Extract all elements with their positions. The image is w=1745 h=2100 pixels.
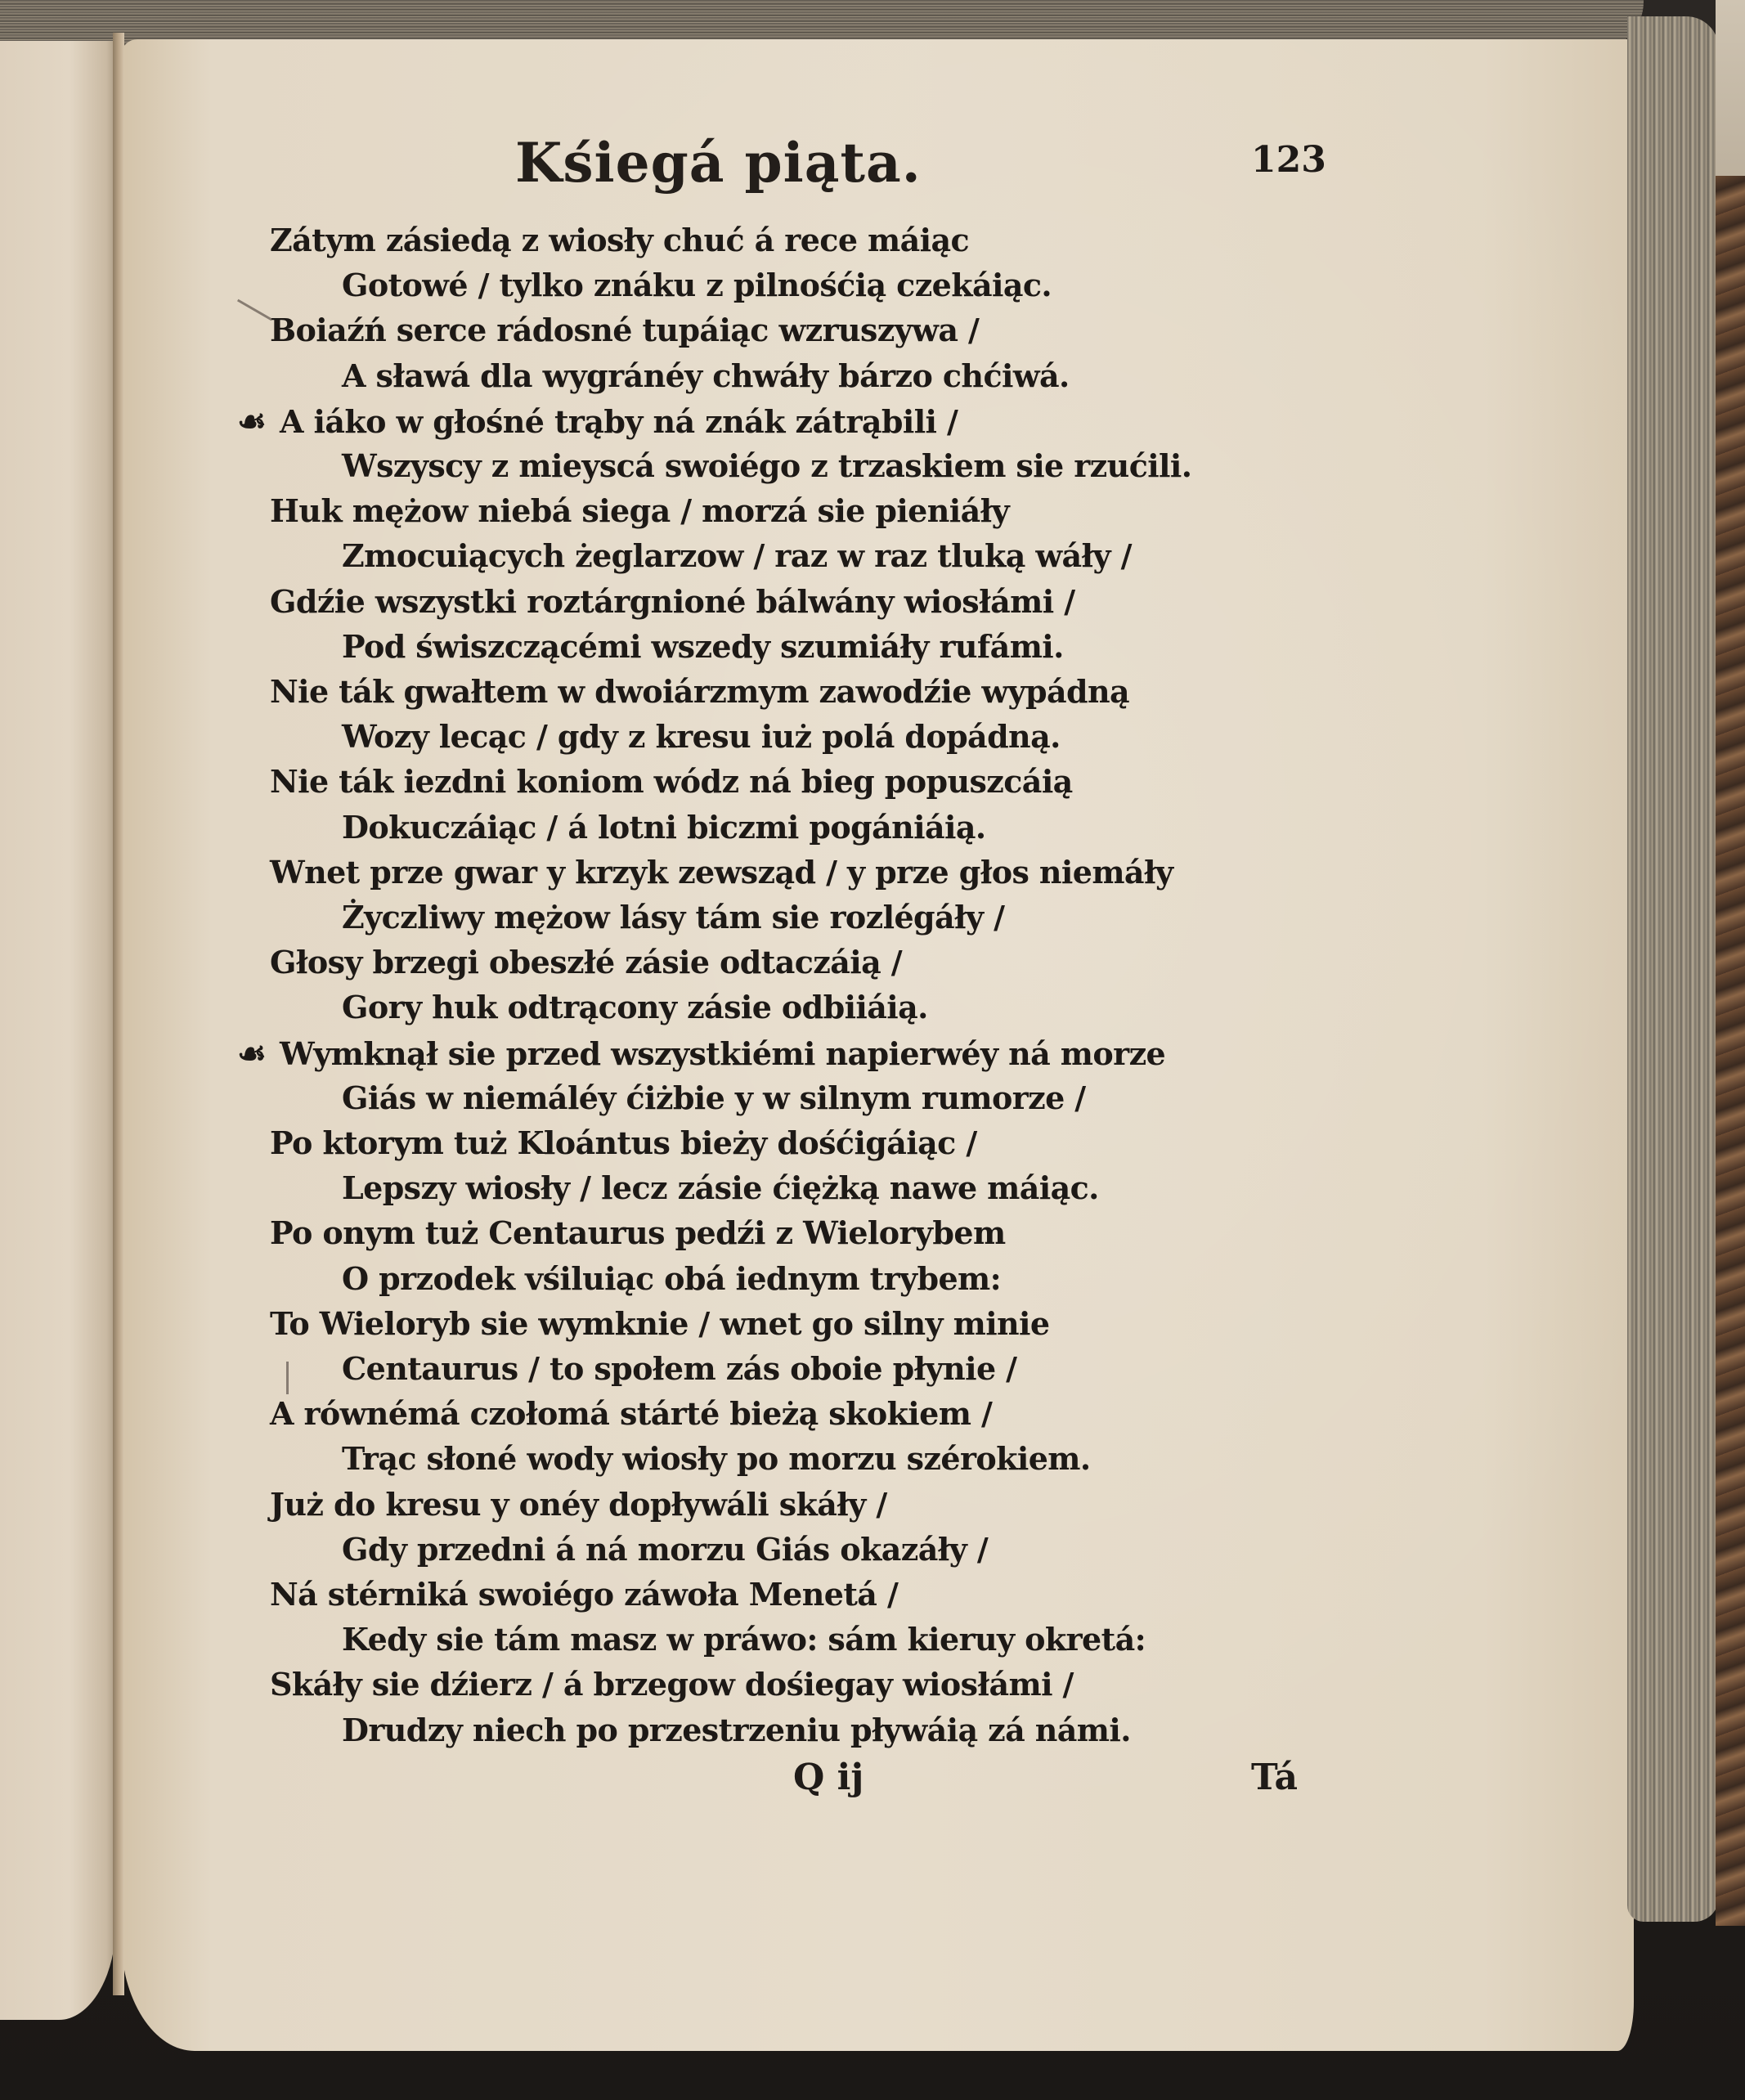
verse-text: Wymknął sie przed wszystkiémi napierwéy …	[280, 1035, 1165, 1072]
verse-text: Huk mężow niebá siega / morzá sie pieniá…	[270, 492, 1009, 529]
verse-text: Zmocuiących żeglarzow / raz w raz tluką …	[342, 537, 1132, 574]
verse-text: O przodek vśiluiąc obá iednym trybem:	[342, 1260, 1001, 1297]
verse-line: Życzliwy mężow lásy tám sie rozlégáły /	[270, 902, 1004, 933]
verse-line: Drudzy niech po przestrzeniu pływáią zá …	[270, 1715, 1131, 1746]
verse-text: Wozy lecąc / gdy z kresu iuż polá dopádn…	[342, 718, 1061, 755]
verse-text: Dokuczáiąc / á lotni biczmi pogániáią.	[342, 809, 985, 846]
verse-text: Gory huk odtrącony zásie odbiiáią.	[342, 989, 928, 1025]
verse-line: Zátym zásiedą z wiosły chuć á rece máiąc	[270, 225, 969, 256]
verse-text: Lepszy wiosły / lecz zásie ćiężką nawe m…	[342, 1169, 1099, 1206]
verse-line: ☙Wymknął sie przed wszystkiémi napierwéy…	[237, 1038, 1165, 1070]
background-surface	[1716, 0, 1745, 176]
verse-text: Życzliwy mężow lásy tám sie rozlégáły /	[342, 899, 1004, 936]
verse-line: Gdźie wszystki roztárgnioné bálwány wios…	[270, 586, 1074, 617]
verse-text: Głosy brzegi obeszłé zásie odtaczáią /	[270, 944, 902, 980]
verse-text: Wszyscy z mieyscá swoiégo z trzaskiem si…	[342, 447, 1191, 484]
verse-text: Skáły sie dźierz / á brzegow dośiegay wi…	[270, 1666, 1074, 1703]
verse-line: Gotowé / tylko znáku z pilnośćią czekáią…	[270, 270, 1052, 301]
verse-text: A sławá dla wygránéy chwáły bárzo chćiwá…	[342, 357, 1070, 394]
margin-stroke	[286, 1362, 289, 1394]
verse-line: Zmocuiących żeglarzow / raz w raz tluką …	[270, 541, 1132, 572]
left-page	[0, 41, 116, 2020]
pilcrow-icon: ☙	[237, 1038, 280, 1070]
verse-text: Drudzy niech po przestrzeniu pływáią zá …	[342, 1712, 1131, 1748]
verse-text: Wnet prze gwar y krzyk zewsząd / y prze …	[270, 854, 1173, 891]
marbled-cover	[1716, 176, 1745, 1926]
verse-line: Huk mężow niebá siega / morzá sie pieniá…	[270, 496, 1009, 527]
verse-line: Gory huk odtrącony zásie odbiiáią.	[270, 992, 928, 1023]
catchword: Tá	[1251, 1757, 1298, 1798]
verse-line: Głosy brzegi obeszłé zásie odtaczáią /	[270, 947, 902, 978]
book-gutter	[113, 33, 124, 1995]
pilcrow-icon: ☙	[237, 406, 280, 438]
verse-line: Wszyscy z mieyscá swoiégo z trzaskiem si…	[270, 451, 1191, 482]
verse-line: Dokuczáiąc / á lotni biczmi pogániáią.	[270, 812, 985, 843]
verse-line: Gdy przedni á ná morzu Giás okazáły /	[270, 1534, 988, 1565]
verse-line: To Wieloryb sie wymknie / wnet go silny …	[270, 1308, 1049, 1339]
verse-line: Skáły sie dźierz / á brzegow dośiegay wi…	[270, 1669, 1074, 1700]
verse-line: Ná stérniká swoiégo záwoła Menetá /	[270, 1579, 898, 1610]
signature-mark: Q ij	[793, 1757, 864, 1798]
verse-line: Kedy sie tám masz w práwo: sám kieruy ok…	[270, 1624, 1146, 1655]
verse-line: A sławá dla wygránéy chwáły bárzo chćiwá…	[270, 361, 1070, 392]
verse-text: Kedy sie tám masz w práwo: sám kieruy ok…	[342, 1621, 1146, 1658]
verse-line: ☙A iáko w głośné trąby ná znák zátrąbili…	[237, 406, 958, 438]
verse-line: Giás w niemáléy ćiżbie y w silnym rumorz…	[270, 1083, 1086, 1114]
verse-text: Ná stérniká swoiégo záwoła Menetá /	[270, 1576, 898, 1613]
verse-text: Nie ták iezdni koniom wódz ná bieg popus…	[270, 763, 1073, 800]
verse-line: Wnet prze gwar y krzyk zewsząd / y prze …	[270, 857, 1173, 888]
verse-line: O przodek vśiluiąc obá iednym trybem:	[270, 1263, 1001, 1295]
verse-text: Gdy przedni á ná morzu Giás okazáły /	[342, 1531, 988, 1568]
verse-text: Po ktorym tuż Kloántus bieży dośćigáiąc …	[270, 1124, 977, 1161]
verse-line: Po ktorym tuż Kloántus bieży dośćigáiąc …	[270, 1128, 977, 1159]
verse-text: Już do kresu y onéy dopływáli skáły /	[270, 1486, 887, 1523]
verse-text: A równémá czołomá stárté bieżą skokiem /	[270, 1395, 992, 1432]
running-head: Kśiegá piąta.	[515, 131, 922, 195]
verse-text: Trąc słoné wody wiosły po morzu szérokie…	[342, 1440, 1091, 1477]
verse-line: Wozy lecąc / gdy z kresu iuż polá dopádn…	[270, 721, 1061, 752]
page-number: 123	[1251, 139, 1326, 181]
verse-text: Boiaźń serce rádosné tupáiąc wzruszywa /	[270, 312, 979, 348]
verse-text: A iáko w głośné trąby ná znák zátrąbili …	[280, 403, 958, 440]
verse-line: Lepszy wiosły / lecz zásie ćiężką nawe m…	[270, 1173, 1099, 1204]
verse-text: Nie ták gwałtem w dwoiárzmym zawodźie wy…	[270, 673, 1129, 710]
verse-text: Gotowé / tylko znáku z pilnośćią czekáią…	[342, 267, 1052, 303]
verse-text: To Wieloryb sie wymknie / wnet go silny …	[270, 1305, 1049, 1342]
verse-line: Pod świszczącémi wszedy szumiáły rufámi.	[270, 631, 1064, 662]
verse-text: Zátym zásiedą z wiosły chuć á rece máiąc	[270, 222, 969, 258]
verse-text: Gdźie wszystki roztárgnioné bálwány wios…	[270, 583, 1074, 620]
verse-text: Giás w niemáléy ćiżbie y w silnym rumorz…	[342, 1079, 1086, 1116]
verse-text: Po onym tuż Centaurus pedźi z Wielorybem	[270, 1214, 1006, 1251]
verse-text: Pod świszczącémi wszedy szumiáły rufámi.	[342, 628, 1064, 665]
verse-line: Po onym tuż Centaurus pedźi z Wielorybem	[270, 1218, 1006, 1249]
verse-line: Trąc słoné wody wiosły po morzu szérokie…	[270, 1443, 1091, 1474]
verse-line: Boiaźń serce rádosné tupáiąc wzruszywa /	[270, 315, 979, 346]
verse-line: Nie ták gwałtem w dwoiárzmym zawodźie wy…	[270, 676, 1129, 707]
verse-text: Centaurus / to społem zás oboie płynie /	[342, 1350, 1016, 1387]
verse-line: A równémá czołomá stárté bieżą skokiem /	[270, 1398, 992, 1429]
verse-line: Nie ták iezdni koniom wódz ná bieg popus…	[270, 766, 1073, 797]
page-fore-edge	[1627, 16, 1719, 1922]
verse-line: Już do kresu y onéy dopływáli skáły /	[270, 1489, 887, 1520]
verse-line: Centaurus / to społem zás oboie płynie /	[270, 1353, 1016, 1384]
